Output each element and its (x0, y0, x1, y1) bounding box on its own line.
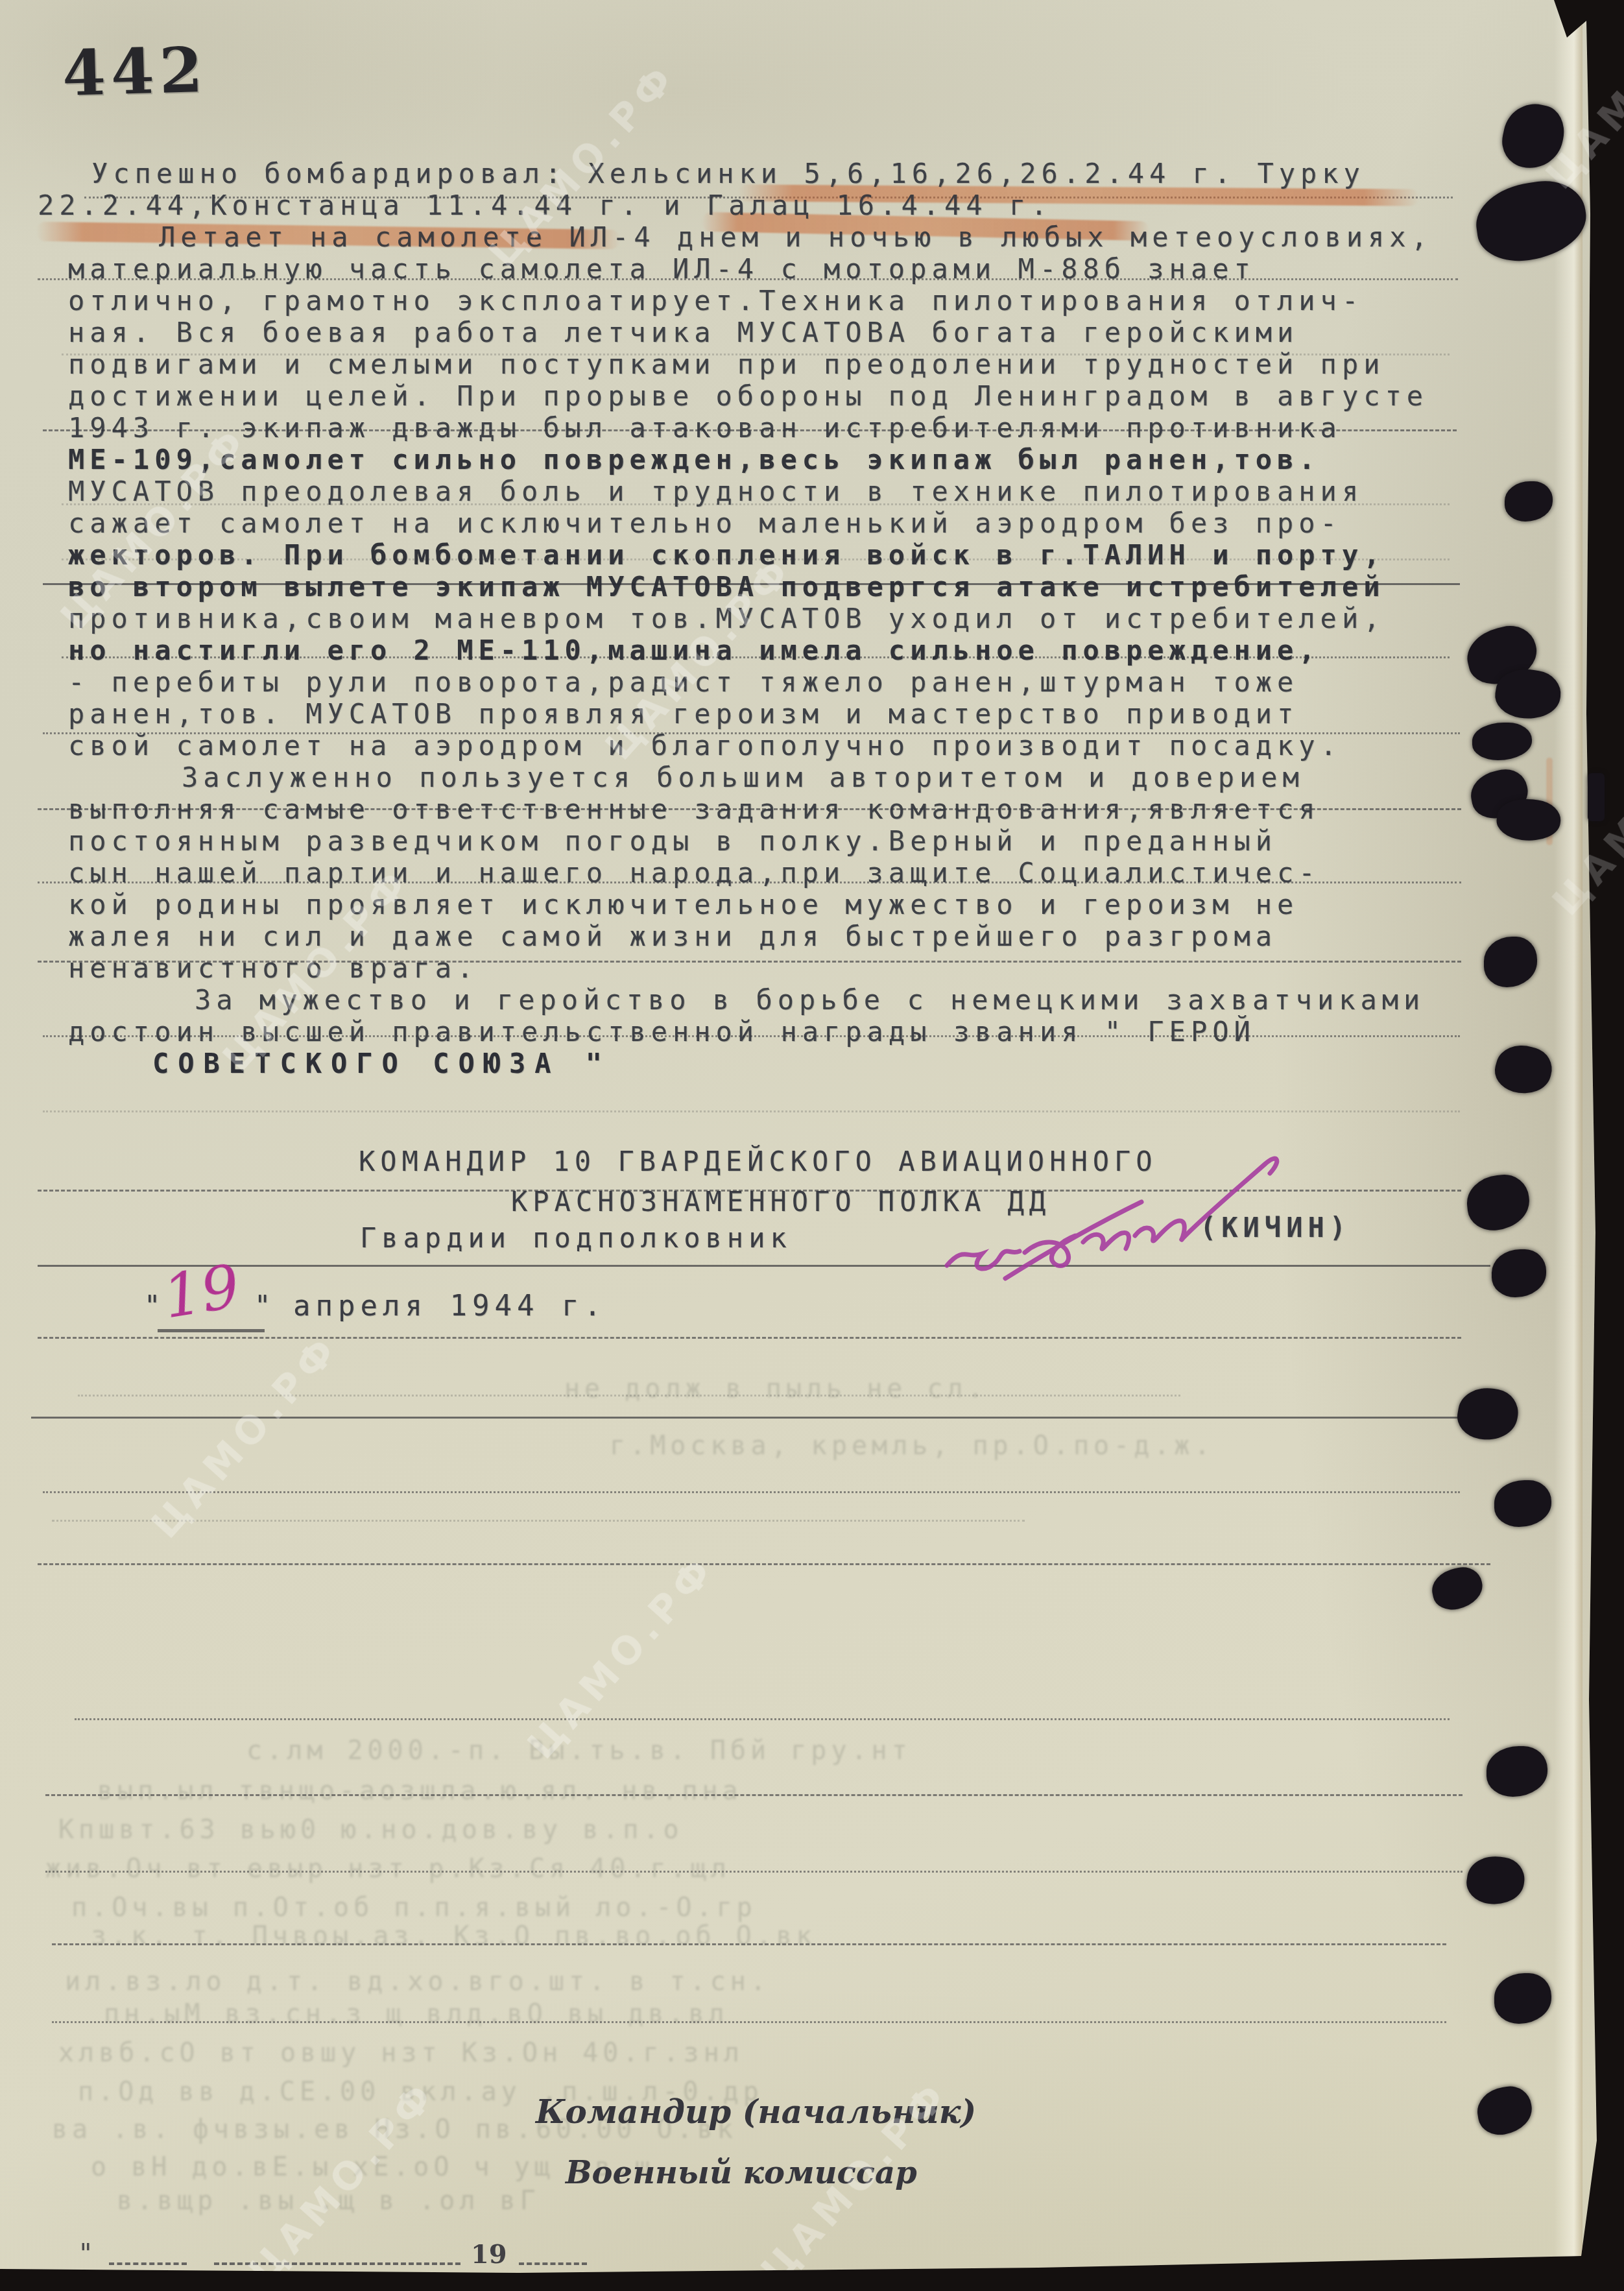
day-underline (158, 1329, 265, 1332)
date-close-quote: " (254, 1289, 276, 1321)
typed-line: МУСАТОВ преодолевая боль и трудности в т… (68, 475, 1463, 507)
handwritten-signature (927, 1138, 1291, 1288)
archival-photo: 442 Успешно бомб (0, 0, 1624, 2291)
typed-line: Заслуженно пользуется большим авторитето… (68, 762, 1463, 793)
typed-line: отлично, грамотно эксплоатирует.Техника … (68, 285, 1463, 317)
citation-text: Успешно бомбардировал: Хельсинки 5,6,16,… (68, 158, 1463, 1079)
bleedthrough-line: ил.вз.ло д.т. вд.хо.вго.шт. в т.сн. (65, 1967, 770, 1997)
typed-line: жалея ни сил и даже самой жизни для быст… (68, 920, 1463, 952)
ink-blot (1588, 773, 1605, 821)
ruled-line (38, 1563, 1490, 1565)
typed-line: материальную часть самолета ИЛ-4 с мотор… (68, 253, 1463, 285)
ruled-line (43, 1491, 1460, 1493)
typed-line: сын нашей партии и нашего народа,при защ… (68, 857, 1463, 889)
bleedthrough-line: г.Москва, кремль, пр.О.по-д.ж. (610, 1431, 1214, 1461)
typed-line: 22.2.44,Констанца 11.4.44 г. и Галац 16.… (38, 189, 1463, 221)
typed-line: МЕ-109,самолет сильно поврежден,весь эки… (68, 444, 1463, 475)
bleedthrough-line: не долж в пыль не сл. (564, 1374, 988, 1404)
ruled-line (38, 1337, 1461, 1339)
bleedthrough-line: пн.ыМ вз.сн.з щ влд.вО вы дв.вл (104, 1999, 729, 2029)
bleedthrough-line: хлвб.сО вт овшу нзт Кз.Он 40.г.знл (58, 2038, 744, 2068)
typed-line: подвигами и смелыми поступками при преод… (68, 348, 1463, 380)
date-open-quote: " (144, 1289, 165, 1321)
footer-quote-mark: " (78, 2239, 93, 2269)
ruled-line (43, 1110, 1460, 1112)
typed-line: постоянным разведчиком погоды в полку.Ве… (68, 825, 1463, 857)
commander-rank: Гвардии подполковник (360, 1222, 792, 1254)
typed-line: Успешно бомбардировал: Хельсинки 5,6,16,… (68, 158, 1463, 189)
page-edge-highlight (1554, 0, 1582, 2270)
typed-line: 1943 г. экипаж дважды был атакован истре… (68, 412, 1463, 444)
typed-line: достижении целей. При прорыве обороны по… (68, 380, 1463, 412)
bleedthrough-line: п.Оч.вы п.От.об п.п.я.вый ло.-О.гр (71, 1893, 757, 1923)
footer-page-number: 19 (471, 2239, 507, 2270)
page-number-stamp: 442 (61, 33, 208, 110)
typed-line: СОВЕТСКОГО СОЮЗА " (68, 1048, 1463, 1079)
typed-line: выполняя самые ответственные задания ком… (68, 793, 1463, 825)
ruled-line (75, 1718, 1450, 1720)
bleedthrough-line: з.к. т. Пчвоы.аз. Кз.О пв.во.об О.вк (91, 1921, 817, 1951)
typed-line: кой родины проявляет исключительное муже… (68, 889, 1463, 920)
typed-line: ранен,тов. МУСАТОВ проявляя героизм и ма… (68, 698, 1463, 730)
typed-line: Летает на самолете ИЛ-4 днем и ночью в л… (68, 221, 1463, 253)
document-page: 442 Успешно бомб (0, 0, 1599, 2281)
typed-line: - перебиты рули поворота,радист тяжело р… (68, 666, 1463, 698)
typed-line: ная. Вся боевая работа летчика МУСАТОВА … (68, 317, 1463, 348)
bleedthrough-line: Кпшвт.63 вью0 ю.но.дов.ву в.п.о (58, 1815, 684, 1845)
typed-line: но настигли его 2 МЕ-110,машина имела си… (68, 634, 1463, 666)
handwritten-day: 19 (158, 1252, 244, 1332)
bleedthrough-line: вып.ыл твнщо-аозшла.ю.ял. нв.пна (97, 1776, 743, 1806)
bleedthrough-line: с.лм 2000.-п. Вы.ть.в. Пбй гру.нт (246, 1736, 912, 1766)
date-month-year: апреля 1944 г. (293, 1289, 606, 1323)
typed-line: свой самолет на аэродром и благополучно … (68, 730, 1463, 762)
typed-line: сажает самолет на исключительно маленьки… (68, 507, 1463, 539)
footer-dash-line (109, 2262, 187, 2265)
bleedthrough-line: жив.Оч вт евыр нзт р.Кз.Ся 40.г.щл (45, 1854, 731, 1884)
footer-dash-line (519, 2262, 587, 2265)
